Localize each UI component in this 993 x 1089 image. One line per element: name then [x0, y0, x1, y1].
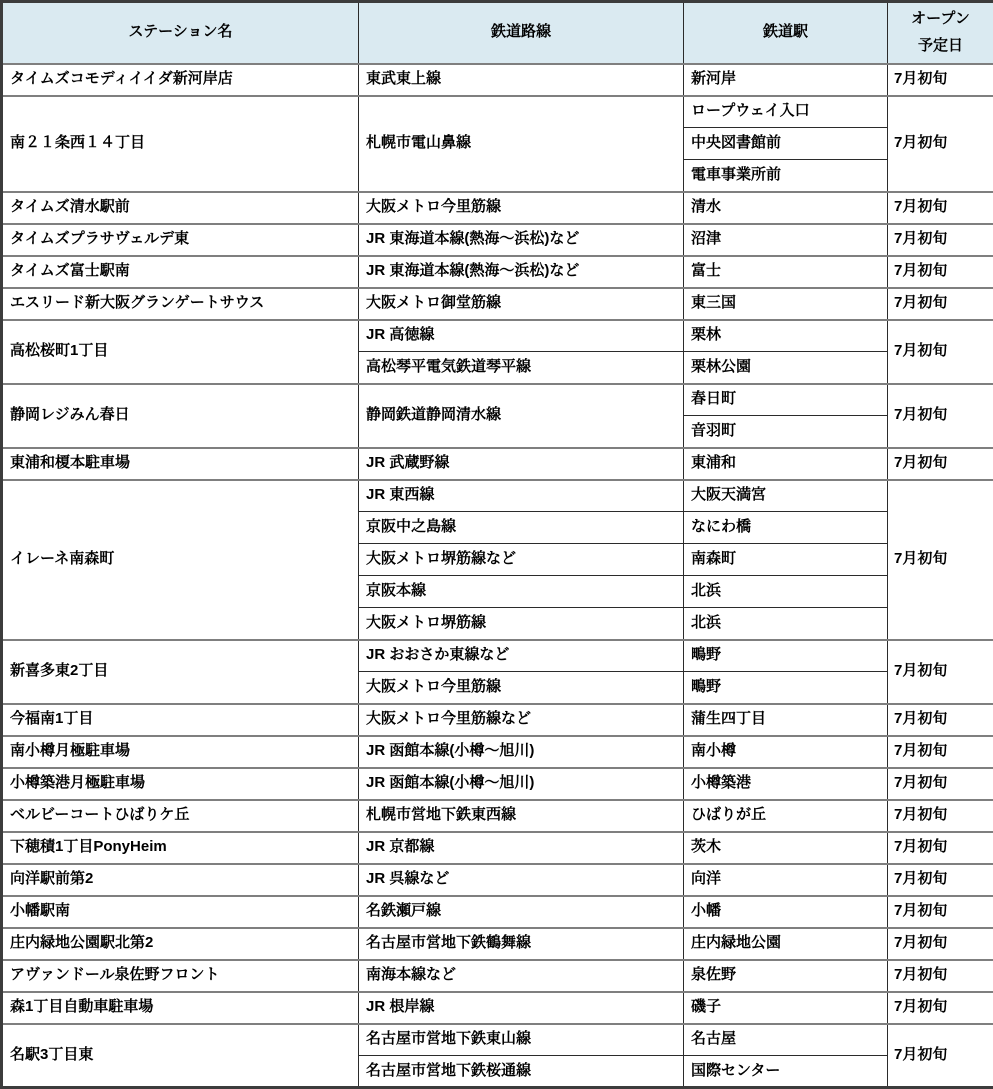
- railway-station-cell: 泉佐野: [684, 960, 888, 992]
- railway-station-cell: 栗林公園: [684, 352, 888, 384]
- railway-line-cell: 京阪本線: [359, 576, 684, 608]
- open-date-cell: 7月初旬: [888, 640, 993, 704]
- railway-line-cell: JR 函館本線(小樽〜旭川): [359, 736, 684, 768]
- railway-line-cell: 大阪メトロ御堂筋線: [359, 288, 684, 320]
- parking-stations-table: ステーション名 鉄道路線 鉄道駅 オープン 予定日 タイムズコモディイイダ新河岸…: [0, 0, 993, 1089]
- station-name-cell: 下穂積1丁目PonyHeim: [2, 832, 359, 864]
- railway-station-cell: 北浜: [684, 608, 888, 640]
- station-name-cell: 今福南1丁目: [2, 704, 359, 736]
- station-name-cell: タイムズ富士駅南: [2, 256, 359, 288]
- open-date-cell: 7月初旬: [888, 480, 993, 640]
- open-date-cell: 7月初旬: [888, 224, 993, 256]
- open-date-cell: 7月初旬: [888, 736, 993, 768]
- railway-line-cell: JR 根岸線: [359, 992, 684, 1024]
- railway-line-cell: 名古屋市営地下鉄東山線: [359, 1024, 684, 1056]
- open-date-cell: 7月初旬: [888, 288, 993, 320]
- railway-station-cell: 東浦和: [684, 448, 888, 480]
- railway-station-cell: 春日町: [684, 384, 888, 416]
- station-table-body: タイムズコモディイイダ新河岸店東武東上線新河岸7月初旬南２１条西１４丁目札幌市電…: [2, 64, 993, 1088]
- station-name-cell: 東浦和榎本駐車場: [2, 448, 359, 480]
- railway-station-cell: 小幡: [684, 896, 888, 928]
- railway-station-cell: 富士: [684, 256, 888, 288]
- table-row: 南小樽月極駐車場JR 函館本線(小樽〜旭川)南小樽7月初旬: [2, 736, 993, 768]
- open-date-cell: 7月初旬: [888, 384, 993, 448]
- railway-line-cell: 大阪メトロ堺筋線など: [359, 544, 684, 576]
- railway-station-cell: 電車事業所前: [684, 160, 888, 192]
- table-row: 小樽築港月極駐車場JR 函館本線(小樽〜旭川)小樽築港7月初旬: [2, 768, 993, 800]
- table-row: 向洋駅前第2JR 呉線など向洋7月初旬: [2, 864, 993, 896]
- railway-station-cell: 音羽町: [684, 416, 888, 448]
- column-header-open-date: オープン 予定日: [888, 2, 993, 64]
- station-name-cell: アヴァンドール泉佐野フロント: [2, 960, 359, 992]
- table-row: タイムズ清水駅前大阪メトロ今里筋線清水7月初旬: [2, 192, 993, 224]
- railway-line-cell: JR 高徳線: [359, 320, 684, 352]
- railway-line-cell: 大阪メトロ堺筋線: [359, 608, 684, 640]
- station-name-cell: タイムズ清水駅前: [2, 192, 359, 224]
- railway-line-cell: 南海本線など: [359, 960, 684, 992]
- railway-station-cell: 清水: [684, 192, 888, 224]
- railway-station-cell: 名古屋: [684, 1024, 888, 1056]
- railway-station-cell: 小樽築港: [684, 768, 888, 800]
- railway-station-cell: 庄内緑地公園: [684, 928, 888, 960]
- open-date-cell: 7月初旬: [888, 256, 993, 288]
- open-date-cell: 7月初旬: [888, 704, 993, 736]
- open-date-cell: 7月初旬: [888, 96, 993, 192]
- railway-line-cell: 高松琴平電気鉄道琴平線: [359, 352, 684, 384]
- railway-line-cell: 名古屋市営地下鉄桜通線: [359, 1056, 684, 1088]
- railway-station-cell: 大阪天満宮: [684, 480, 888, 512]
- railway-station-cell: 国際センター: [684, 1056, 888, 1088]
- railway-station-cell: ひばりが丘: [684, 800, 888, 832]
- column-header-railway-station: 鉄道駅: [684, 2, 888, 64]
- railway-line-cell: JR 東海道本線(熱海〜浜松)など: [359, 256, 684, 288]
- column-header-open-date-line2: 予定日: [889, 37, 992, 56]
- railway-station-cell: 新河岸: [684, 64, 888, 96]
- railway-line-cell: 静岡鉄道静岡清水線: [359, 384, 684, 448]
- header-row: ステーション名 鉄道路線 鉄道駅 オープン 予定日: [2, 2, 993, 64]
- table-row: 名駅3丁目東名古屋市営地下鉄東山線名古屋7月初旬: [2, 1024, 993, 1056]
- open-date-cell: 7月初旬: [888, 768, 993, 800]
- railway-station-cell: 沼津: [684, 224, 888, 256]
- railway-line-cell: JR 呉線など: [359, 864, 684, 896]
- station-table-container: ステーション名 鉄道路線 鉄道駅 オープン 予定日 タイムズコモディイイダ新河岸…: [0, 0, 993, 1089]
- station-name-cell: 南２１条西１４丁目: [2, 96, 359, 192]
- railway-station-cell: ロープウェイ入口: [684, 96, 888, 128]
- railway-line-cell: JR 武蔵野線: [359, 448, 684, 480]
- table-row: 庄内緑地公園駅北第2名古屋市営地下鉄鶴舞線庄内緑地公園7月初旬: [2, 928, 993, 960]
- open-date-cell: 7月初旬: [888, 320, 993, 384]
- railway-line-cell: JR おおさか東線など: [359, 640, 684, 672]
- table-row: 高松桜町1丁目JR 高徳線栗林7月初旬: [2, 320, 993, 352]
- open-date-cell: 7月初旬: [888, 992, 993, 1024]
- station-name-cell: ベルビーコートひばりケ丘: [2, 800, 359, 832]
- station-name-cell: 小幡駅南: [2, 896, 359, 928]
- column-header-station-name: ステーション名: [2, 2, 359, 64]
- station-name-cell: イレーネ南森町: [2, 480, 359, 640]
- railway-line-cell: 大阪メトロ今里筋線: [359, 192, 684, 224]
- open-date-cell: 7月初旬: [888, 1024, 993, 1088]
- table-row: イレーネ南森町JR 東西線大阪天満宮7月初旬: [2, 480, 993, 512]
- railway-station-cell: 東三国: [684, 288, 888, 320]
- station-name-cell: 新喜多東2丁目: [2, 640, 359, 704]
- railway-station-cell: 蒲生四丁目: [684, 704, 888, 736]
- railway-station-cell: 鴫野: [684, 672, 888, 704]
- station-name-cell: 名駅3丁目東: [2, 1024, 359, 1088]
- table-row: タイムズプラサヴェルデ東JR 東海道本線(熱海〜浜松)など沼津7月初旬: [2, 224, 993, 256]
- open-date-cell: 7月初旬: [888, 864, 993, 896]
- railway-station-cell: 南森町: [684, 544, 888, 576]
- column-header-open-date-line1: オープン: [889, 10, 992, 29]
- table-row: タイムズ富士駅南JR 東海道本線(熱海〜浜松)など富士7月初旬: [2, 256, 993, 288]
- station-name-cell: エスリード新大阪グランゲートサウス: [2, 288, 359, 320]
- open-date-cell: 7月初旬: [888, 64, 993, 96]
- table-row: エスリード新大阪グランゲートサウス大阪メトロ御堂筋線東三国7月初旬: [2, 288, 993, 320]
- open-date-cell: 7月初旬: [888, 896, 993, 928]
- railway-station-cell: 南小樽: [684, 736, 888, 768]
- open-date-cell: 7月初旬: [888, 800, 993, 832]
- railway-station-cell: 茨木: [684, 832, 888, 864]
- station-name-cell: 森1丁目自動車駐車場: [2, 992, 359, 1024]
- railway-line-cell: 大阪メトロ今里筋線: [359, 672, 684, 704]
- railway-line-cell: 東武東上線: [359, 64, 684, 96]
- table-row: 小幡駅南名鉄瀬戸線小幡7月初旬: [2, 896, 993, 928]
- open-date-cell: 7月初旬: [888, 928, 993, 960]
- station-name-cell: 高松桜町1丁目: [2, 320, 359, 384]
- table-row: 静岡レジみん春日静岡鉄道静岡清水線春日町7月初旬: [2, 384, 993, 416]
- railway-line-cell: JR 東海道本線(熱海〜浜松)など: [359, 224, 684, 256]
- table-row: タイムズコモディイイダ新河岸店東武東上線新河岸7月初旬: [2, 64, 993, 96]
- table-row: 東浦和榎本駐車場JR 武蔵野線東浦和7月初旬: [2, 448, 993, 480]
- open-date-cell: 7月初旬: [888, 832, 993, 864]
- railway-station-cell: 鴫野: [684, 640, 888, 672]
- railway-line-cell: JR 京都線: [359, 832, 684, 864]
- station-name-cell: 南小樽月極駐車場: [2, 736, 359, 768]
- open-date-cell: 7月初旬: [888, 192, 993, 224]
- railway-line-cell: 札幌市営地下鉄東西線: [359, 800, 684, 832]
- open-date-cell: 7月初旬: [888, 448, 993, 480]
- station-name-cell: 庄内緑地公園駅北第2: [2, 928, 359, 960]
- station-name-cell: タイムズコモディイイダ新河岸店: [2, 64, 359, 96]
- railway-line-cell: 大阪メトロ今里筋線など: [359, 704, 684, 736]
- station-name-cell: 静岡レジみん春日: [2, 384, 359, 448]
- station-name-cell: タイムズプラサヴェルデ東: [2, 224, 359, 256]
- column-header-railway-line: 鉄道路線: [359, 2, 684, 64]
- table-row: 新喜多東2丁目JR おおさか東線など鴫野7月初旬: [2, 640, 993, 672]
- railway-line-cell: 札幌市電山鼻線: [359, 96, 684, 192]
- table-row: ベルビーコートひばりケ丘札幌市営地下鉄東西線ひばりが丘7月初旬: [2, 800, 993, 832]
- station-name-cell: 小樽築港月極駐車場: [2, 768, 359, 800]
- railway-station-cell: 中央図書館前: [684, 128, 888, 160]
- railway-line-cell: JR 函館本線(小樽〜旭川): [359, 768, 684, 800]
- railway-line-cell: 名古屋市営地下鉄鶴舞線: [359, 928, 684, 960]
- railway-line-cell: JR 東西線: [359, 480, 684, 512]
- railway-station-cell: 北浜: [684, 576, 888, 608]
- railway-station-cell: 栗林: [684, 320, 888, 352]
- railway-station-cell: 磯子: [684, 992, 888, 1024]
- railway-line-cell: 京阪中之島線: [359, 512, 684, 544]
- station-name-cell: 向洋駅前第2: [2, 864, 359, 896]
- table-row: 南２１条西１４丁目札幌市電山鼻線ロープウェイ入口7月初旬: [2, 96, 993, 128]
- railway-line-cell: 名鉄瀬戸線: [359, 896, 684, 928]
- table-row: 森1丁目自動車駐車場JR 根岸線磯子7月初旬: [2, 992, 993, 1024]
- table-row: 今福南1丁目大阪メトロ今里筋線など蒲生四丁目7月初旬: [2, 704, 993, 736]
- railway-station-cell: 向洋: [684, 864, 888, 896]
- railway-station-cell: なにわ橋: [684, 512, 888, 544]
- table-row: 下穂積1丁目PonyHeimJR 京都線茨木7月初旬: [2, 832, 993, 864]
- table-row: アヴァンドール泉佐野フロント南海本線など泉佐野7月初旬: [2, 960, 993, 992]
- open-date-cell: 7月初旬: [888, 960, 993, 992]
